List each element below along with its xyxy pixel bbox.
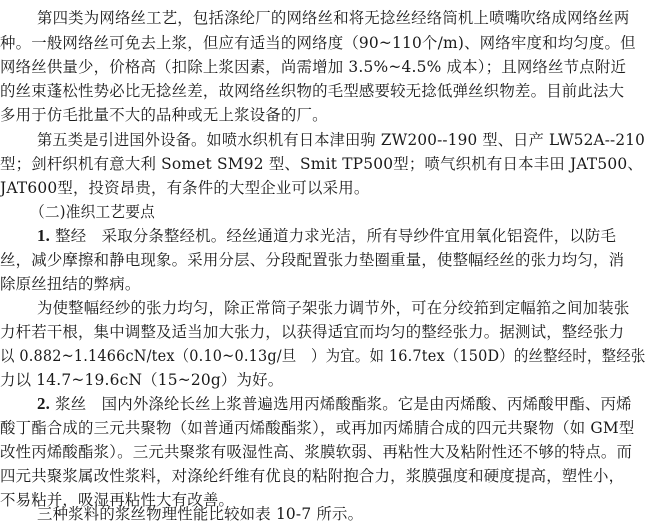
- document-page: 第四类为网络丝工艺，包括涤纶厂的网络丝和将无捻丝经络筒机上喷嘴吹络成网络丝两 种…: [0, 0, 649, 526]
- paragraph-line: 多用于仿毛批量不大的品种或无上浆设备的厂。: [0, 104, 645, 126]
- paragraph-line: 三种浆料的浆丝物理性能比较如表 10-7 所示。: [37, 503, 645, 525]
- paragraph-line: 改性丙烯酸酯浆）。三元共聚浆有吸湿性高、浆膜软弱、再粘性大及粘附性还不够的特点。…: [0, 441, 645, 463]
- paragraph-line: 网络丝供量少，价格高（扣除上浆因素，尚需增加 3.5%~4.5% 成本）；且网络…: [0, 56, 645, 78]
- paragraph-line: 除原丝扭结的弊病。: [0, 273, 645, 295]
- paragraph-line: 酸丁酯合成的三元共聚物（如普通丙烯酸酯浆），或再加丙烯腈合成的四元共聚物（如 G…: [0, 417, 645, 439]
- section-heading: （二)准织工艺要点: [30, 201, 645, 223]
- paragraph-line: 四元共聚浆属改性浆料，对涤纶纤维有优良的粘附抱合力，浆膜强度和硬度提高，塑性小，: [0, 465, 645, 487]
- numbered-item-2: 2. 浆丝 国内外涤纶长丝上浆普遍选用丙烯酸酯浆。它是由丙烯酸、丙烯酸甲酯、丙烯: [37, 393, 645, 415]
- paragraph-line: 第四类为网络丝工艺，包括涤纶厂的网络丝和将无捻丝经络筒机上喷嘴吹络成网络丝两: [37, 7, 645, 29]
- numbered-item-1: 1. 整经 采取分条整经机。经丝通道力求光洁，所有导纱件宜用氧化铝瓷件，以防毛: [37, 225, 645, 247]
- paragraph-line: 第五类是引进国外设备。如喷水织机有日本津田驹 ZW200--190 型、日产 L…: [37, 129, 637, 151]
- item-number: 2.: [37, 394, 50, 413]
- item-text: 国内外涤纶长丝上浆普遍选用丙烯酸酯浆。它是由丙烯酸、丙烯酸甲酯、丙烯: [102, 395, 632, 413]
- paragraph-line: 的丝束蓬松性势必比无捻丝差，故网络丝织物的毛型感要较无捻低弹丝织物差。目前此法大: [0, 80, 645, 102]
- paragraph-line: 型；剑杆织机有意大利 Somet SM92 型、Smit TP500型；喷气织机…: [0, 153, 645, 175]
- paragraph-line: 力杆若干根，集中调整及适当加大张力，以获得适宜而均匀的整经张力。据测试，整经张力: [0, 321, 645, 343]
- paragraph-line: 以 0.882~1.1466cN/tex（0.10~0.13g/旦 ）为宜。如 …: [0, 345, 604, 367]
- item-number: 1.: [37, 226, 50, 245]
- paragraph-line: 丝，减少摩擦和静电现象。采用分层、分段配置张力垫圈重量，使整幅经丝的张力均匀，消: [0, 249, 645, 271]
- item-title: 整经: [55, 227, 86, 245]
- paragraph-line: 为使整幅经纱的张力均匀，除正常筒子架张力调节外，可在分绞筘到定幅筘之间加装张: [37, 297, 645, 319]
- paragraph-line: 种。一般网络丝可免去上浆，但应有适当的网络度（90~110个/m)、网络牢度和均…: [0, 32, 645, 54]
- paragraph-line: JAT600型，投资昂贵，有条件的大型企业可以采用。: [0, 177, 645, 199]
- item-text: 采取分条整经机。经丝通道力求光洁，所有导纱件宜用氧化铝瓷件，以防毛: [102, 227, 616, 245]
- item-title: 浆丝: [55, 395, 86, 413]
- paragraph-line: 力以 14.7~19.6cN（15~20g）为好。: [0, 369, 645, 391]
